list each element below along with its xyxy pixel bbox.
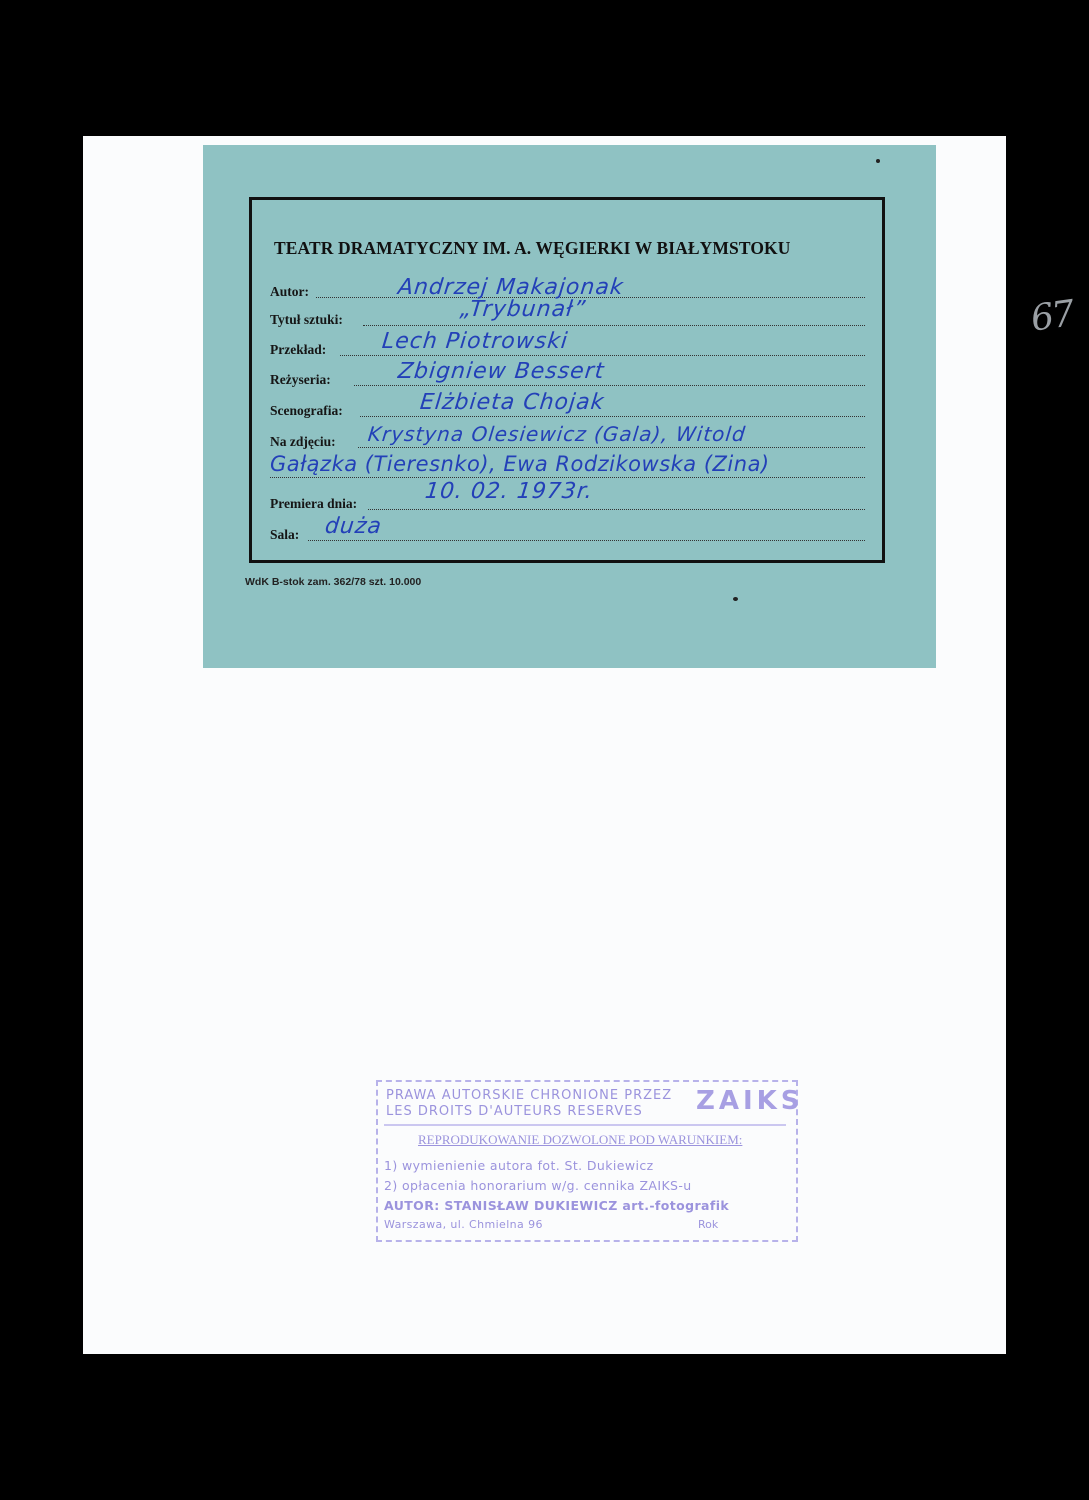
theatre-index-card: TEATR DRAMATYCZNY IM. A. WĘGIERKI W BIAŁ… — [203, 145, 936, 668]
field-sala: Sala: duża — [270, 515, 865, 545]
dotted-line — [363, 325, 865, 326]
stamp-reproduction-heading: REPRODUKOWANIE DOZWOLONE POD WARUNKIEM: — [418, 1132, 742, 1148]
field-label: Premiera dnia: — [270, 496, 357, 512]
stamp-line-1: PRAWA AUTORSKIE CHRONIONE PRZEZ — [386, 1088, 672, 1103]
field-value: duża — [324, 514, 384, 539]
dotted-line — [270, 477, 865, 478]
archive-number: 67 — [1028, 293, 1075, 339]
stamp-brand: ZAIKS — [696, 1086, 804, 1116]
stamp-condition-2: 2) opłacenia honorarium w/g. cennika ZAI… — [384, 1178, 692, 1193]
field-label: Sala: — [270, 527, 299, 543]
field-label: Scenografia: — [270, 403, 343, 419]
field-value: 10. 02. 1973r. — [424, 479, 595, 504]
dotted-line — [308, 540, 865, 541]
stamp-line-2: LES DROITS D'AUTEURS RESERVES — [386, 1104, 643, 1119]
field-value: „Trybunał” — [459, 297, 587, 322]
field-value: Gałązka (Tieresnko), Ewa Rodzikowska (Zi… — [270, 452, 770, 476]
zaiks-copyright-stamp: PRAWA AUTORSKIE CHRONIONE PRZEZ LES DROI… — [376, 1080, 798, 1242]
field-label: Na zdjęciu: — [270, 434, 336, 450]
stamp-address: Warszawa, ul. Chmielna 96 — [384, 1218, 543, 1231]
field-rezyseria: Reżyseria: Zbigniew Bessert — [270, 360, 865, 390]
field-value: Lech Piotrowski — [381, 329, 570, 354]
field-label: Autor: — [270, 284, 309, 300]
field-value: Krystyna Olesiewicz (Gala), Witold — [367, 422, 747, 446]
dotted-line — [340, 355, 865, 356]
field-label: Przekład: — [270, 342, 326, 358]
ink-speck — [733, 597, 738, 601]
field-premiera: Premiera dnia: 10. 02. 1973r. — [270, 484, 865, 514]
field-value: Elżbieta Chojak — [419, 390, 606, 415]
stamp-year-label: Rok — [698, 1218, 718, 1231]
print-info: WdK B-stok zam. 362/78 szt. 10.000 — [245, 576, 421, 588]
stamp-author: AUTOR: STANISŁAW DUKIEWICZ art.-fotograf… — [384, 1198, 729, 1213]
field-label: Tytuł sztuki: — [270, 312, 343, 328]
field-przeklad: Przekład: Lech Piotrowski — [270, 330, 865, 360]
field-value: Zbigniew Bessert — [397, 359, 606, 384]
field-scenografia: Scenografia: Elżbieta Chojak — [270, 391, 865, 421]
dotted-line — [360, 416, 865, 417]
card-frame: TEATR DRAMATYCZNY IM. A. WĘGIERKI W BIAŁ… — [249, 197, 885, 563]
field-tytul: Tytuł sztuki: „Trybunał” — [270, 300, 865, 330]
dotted-line — [358, 447, 865, 448]
theatre-title: TEATR DRAMATYCZNY IM. A. WĘGIERKI W BIAŁ… — [274, 238, 874, 259]
dotted-line — [368, 509, 865, 510]
field-label: Reżyseria: — [270, 372, 331, 388]
ink-speck — [876, 159, 880, 163]
stamp-condition-1: 1) wymienienie autora fot. St. Dukiewicz — [384, 1158, 654, 1173]
field-na-zdjeciu: Na zdjęciu: Krystyna Olesiewicz (Gala), … — [270, 422, 865, 452]
stamp-divider — [384, 1124, 786, 1126]
field-na-zdjeciu-continued: Gałązka (Tieresnko), Ewa Rodzikowska (Zi… — [270, 452, 865, 482]
dotted-line — [354, 385, 865, 386]
